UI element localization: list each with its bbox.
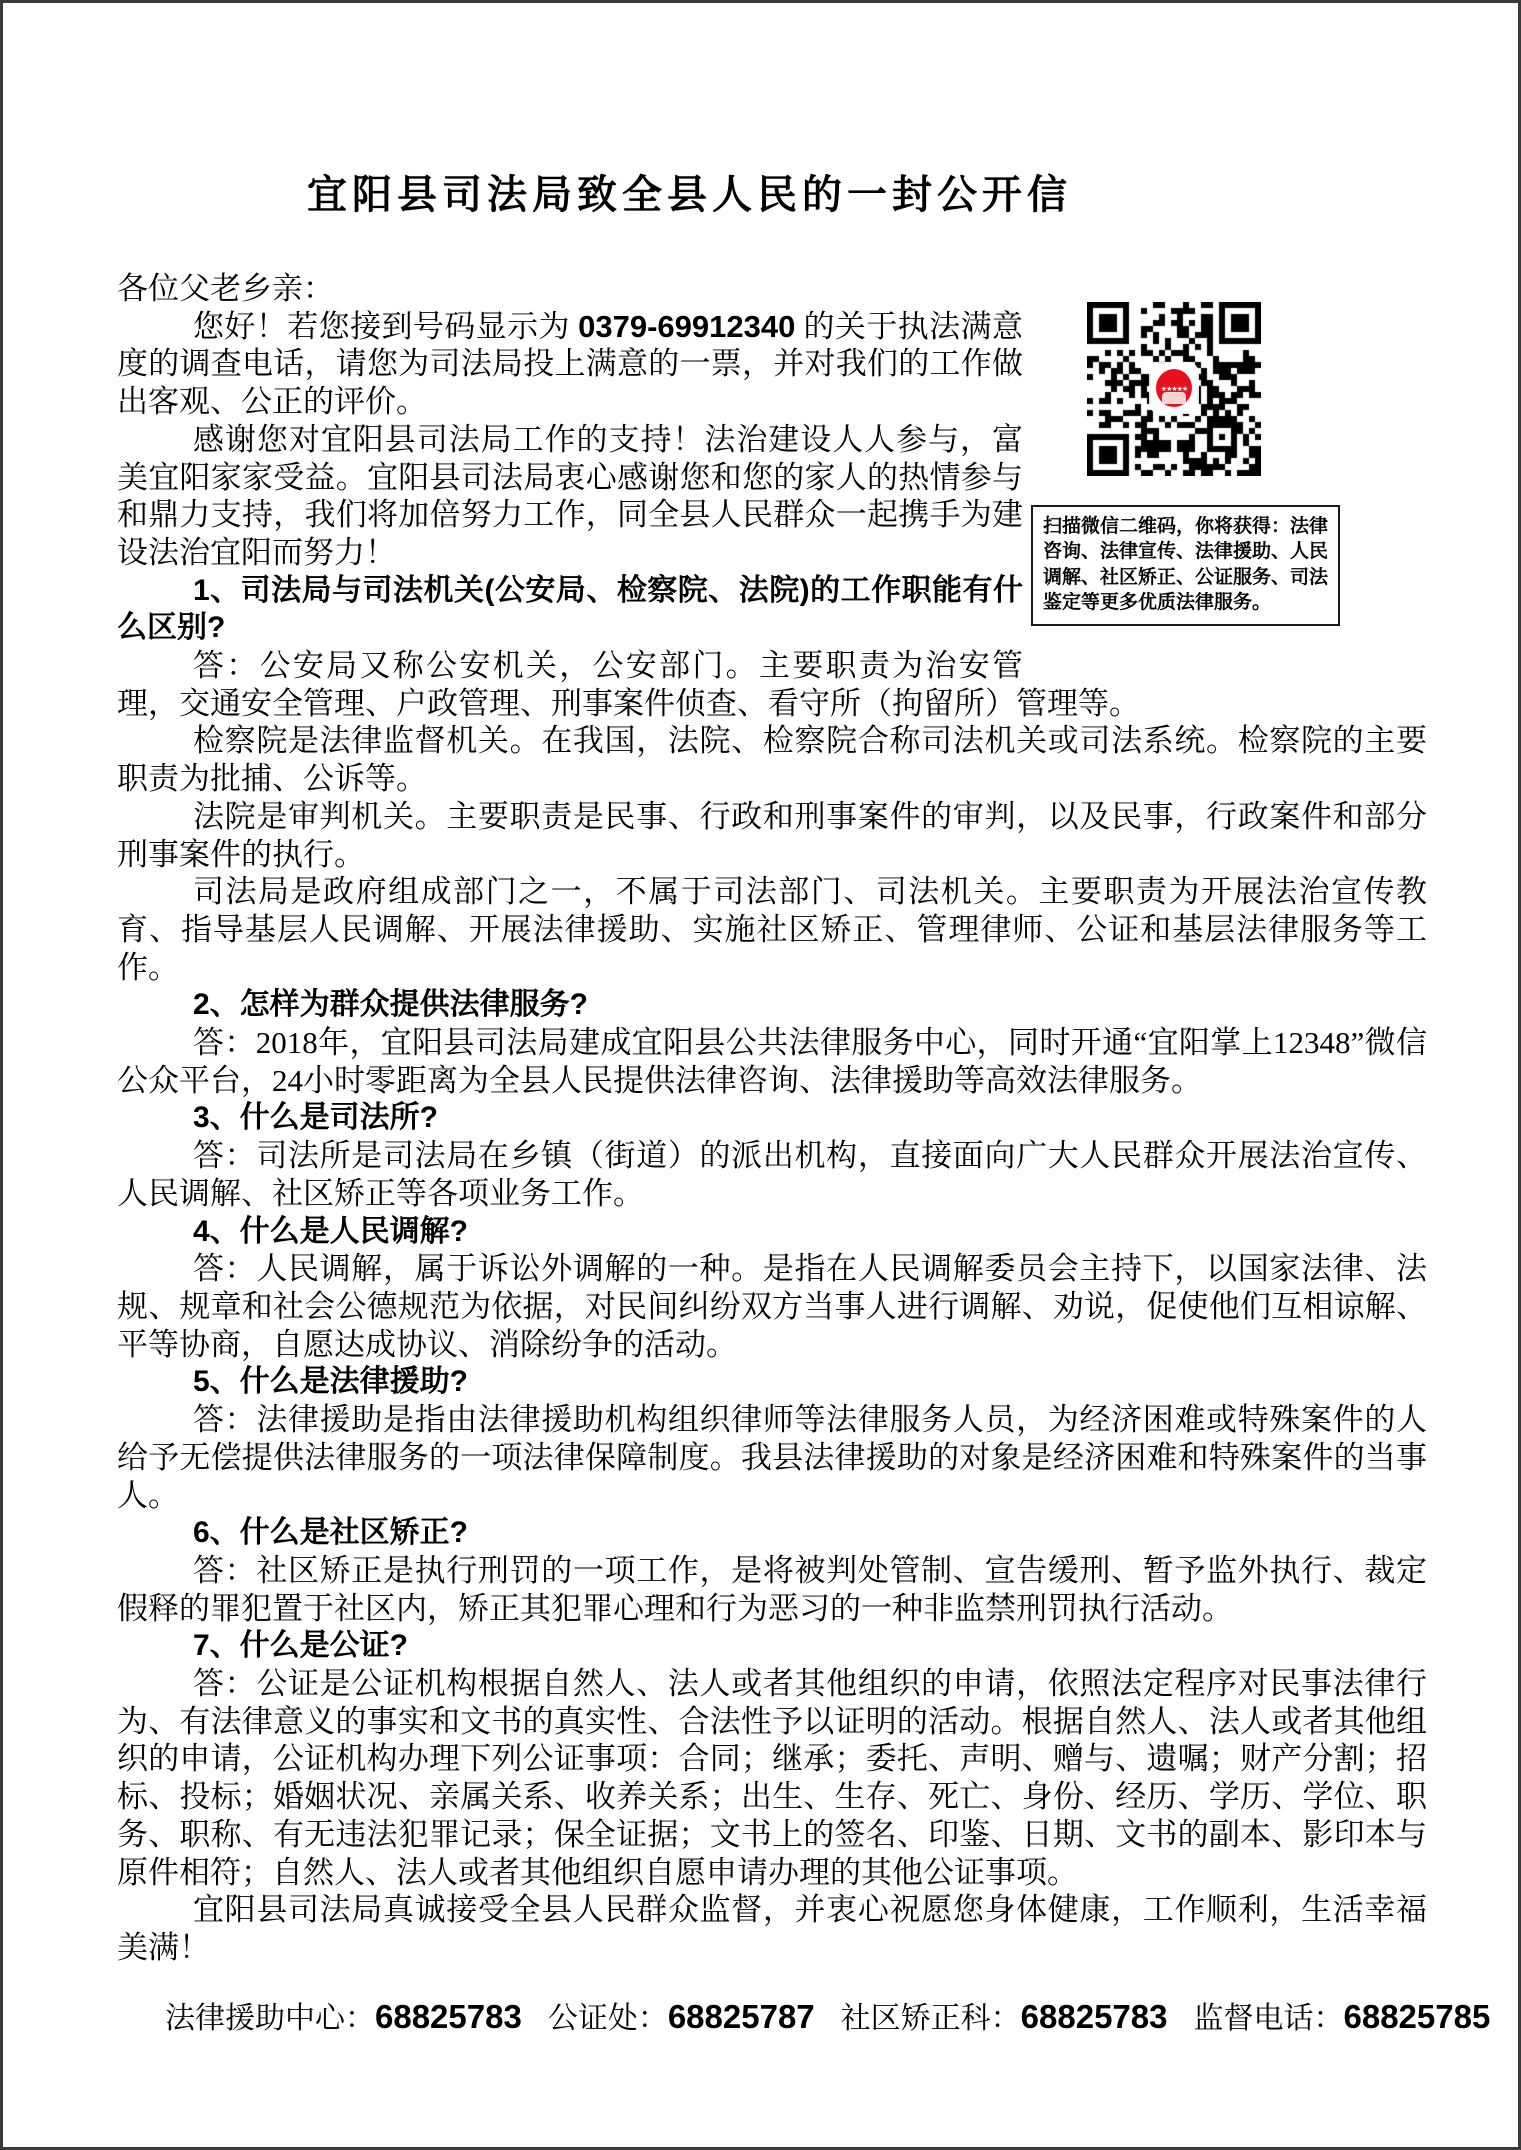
body-paragraph: 答：人民调解，属于诉讼外调解的一种。是指在人民调解委员会主持下，以国家法律、法规… xyxy=(117,1250,1427,1363)
qr-caption-box: 扫描微信二维码，你将获得：法律咨询、法律宣传、法律援助、人民调解、社区矫正、公证… xyxy=(1031,505,1340,626)
contact-number: 68825783 xyxy=(375,1998,522,2035)
question-heading: 4、什么是人民调解? xyxy=(117,1213,1427,1251)
contact-label: 法律援助中心： xyxy=(165,2002,375,2035)
question-heading: 6、什么是社区矫正? xyxy=(117,1514,1427,1552)
contact-number: 68825785 xyxy=(1343,1998,1490,2035)
page-title: 宜阳县司法局致全县人民的一封公开信 xyxy=(3,172,1376,218)
question-heading: 5、什么是法律援助? xyxy=(117,1363,1427,1401)
letter-content: 各位父老乡亲： ★★★★★ 扫描微信二维码，你将获得：法律咨询、法律宣传、法律援… xyxy=(117,270,1427,1967)
question-heading: 3、什么是司法所? xyxy=(117,1099,1427,1137)
body-paragraph: 法院是审判机关。主要职责是民事、行政和刑事案件的审判，以及民事，行政案件和部分刑… xyxy=(117,798,1427,873)
contact-list: 法律援助中心：68825783公证处：68825787社区矫正科：6882578… xyxy=(165,1993,1518,2037)
body-paragraph: 检察院是法律监督机关。在我国，法院、检察院合称司法机关或司法系统。检察院的主要职… xyxy=(117,722,1427,797)
contact-item: 监督电话：68825785 xyxy=(1193,2015,1490,2032)
contact-label: 监督电话： xyxy=(1193,2002,1343,2035)
open-letter-page: 宜阳县司法局致全县人民的一封公开信 各位父老乡亲： ★★★★★ 扫描微信二维码，… xyxy=(0,0,1521,2150)
body-paragraph: 司法局是政府组成部门之一，不属于司法部门、司法机关。主要职责为开展法治宣传教育、… xyxy=(117,873,1427,986)
contact-item: 社区矫正科：68825783 xyxy=(841,2015,1168,2032)
justice-emblem-icon: ★★★★★ xyxy=(1151,364,1197,412)
body-paragraph: 答：司法所是司法局在乡镇（街道）的派出机构，直接面向广大人民群众开展法治宣传、人… xyxy=(117,1137,1427,1212)
body-paragraph: 答：公安局又称公安机关，公安部门。主要职责为治安管理，交通安全管理、户政管理、刑… xyxy=(117,647,1427,722)
emblem-wall-icon xyxy=(1162,392,1186,404)
body-paragraph: 答：法律援助是指由法律援助机构组织律师等法律服务人员，为经济困难或特殊案件的人给… xyxy=(117,1401,1427,1514)
question-heading: 2、怎样为群众提供法律服务? xyxy=(117,986,1427,1024)
contact-label: 社区矫正科： xyxy=(841,2002,1021,2035)
qr-sidebar: ★★★★★ 扫描微信二维码，你将获得：法律咨询、法律宣传、法律援助、人民调解、社… xyxy=(1031,302,1427,626)
contact-item: 法律援助中心：68825783 xyxy=(165,2015,522,2032)
wechat-qr-code-icon: ★★★★★ xyxy=(1087,302,1261,476)
contact-number: 68825783 xyxy=(1021,1998,1168,2035)
justice-emblem-circle: ★★★★★ xyxy=(1156,369,1192,407)
contact-item: 公证处：68825787 xyxy=(548,2015,815,2032)
body-paragraph: 答：2018年，宜阳县司法局建成宜阳县公共法律服务中心，同时开通“宜阳掌上123… xyxy=(117,1024,1427,1099)
body-paragraph: 答：公证是公证机构根据自然人、法人或者其他组织的申请，依照法定程序对民事法律行为… xyxy=(117,1665,1427,1891)
question-heading: 7、什么是公证? xyxy=(117,1627,1427,1665)
contact-label: 公证处： xyxy=(548,2002,668,2035)
contact-number: 68825787 xyxy=(668,1998,815,2035)
body-paragraph: 答：社区矫正是执行刑罚的一项工作，是将被判处管制、宣告缓刑、暂予监外执行、裁定假… xyxy=(117,1552,1427,1627)
body-paragraph: 宜阳县司法局真诚接受全县人民群众监督，并衷心祝愿您身体健康，工作顺利，生活幸福美… xyxy=(117,1891,1427,1966)
